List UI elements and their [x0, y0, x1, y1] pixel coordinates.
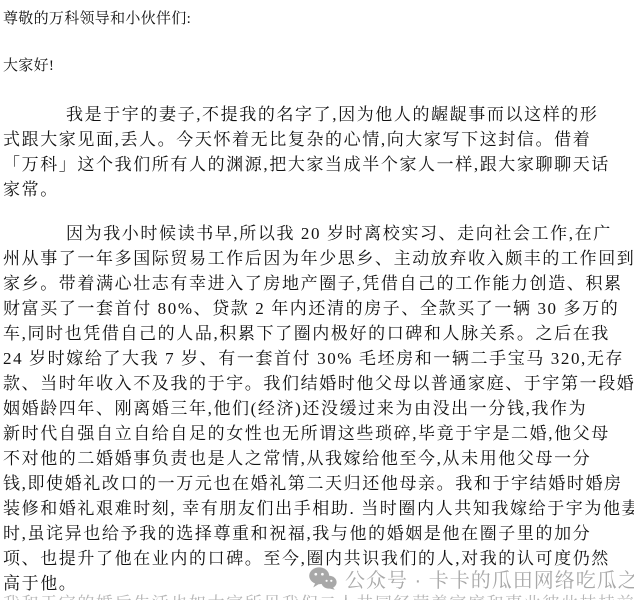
letter-line: 新时代自强自立自给自足的女性也无所谓这些琐碎,毕竟于宇是二婚,他父母 — [3, 421, 634, 446]
watermark: 公众号 · 卡卡的瓜田网络吃瓜之家 — [309, 564, 634, 593]
salutation-line: 尊敬的万科领导和小伙伴们: — [3, 9, 634, 29]
letter-line: 州从事了一年多国际贸易工作后因为年少思乡、主动放弃收入颇丰的工作回到 — [3, 246, 634, 271]
wechat-logo-icon — [309, 567, 337, 590]
letter-line: 钱,即使婚礼改口的一万元也在婚礼第二天归还他母亲。我和于宇结婚时婚房 — [3, 471, 634, 496]
letter-line: 车,同时也凭借自己的人品,积累下了圈内极好的口碑和人脉关系。之后在我 — [3, 321, 634, 346]
letter-line: 我是于宇的妻子,不提我的名字了,因为他人的龌龊事而以这样的形 — [3, 102, 634, 127]
letter-line: 财富买了一套首付 80%、贷款 2 年内还清的房子、全款买了一辆 30 多万的 — [3, 296, 634, 321]
letter-line: 款、当时年收入不及我的于宇。我们结婚时他父母以普通家庭、于宇第一段婚 — [3, 371, 634, 396]
letter-document: 尊敬的万科领导和小伙伴们: 大家好! 我是于宇的妻子,不提我的名字了,因为他人的… — [0, 0, 634, 600]
letter-line: 家乡。带着满心壮志有幸进入了房地产圈子,凭借自己的工作能力创造、积累 — [3, 271, 634, 296]
letter-line: 式跟大家见面,丢人。今天怀着无比复杂的心情,向大家写下这封信。借着 — [3, 127, 634, 152]
letter-line: 装修和婚礼艰难时刻, 幸有朋友们出手相助. 当时圈内人共知我嫁给于宇为他妻 — [3, 496, 634, 521]
letter-line: 时,虽诧异也给予我的选择尊重和祝福,我与他的婚姻是他在圈子里的加分 — [3, 521, 634, 546]
watermark-label: 公众号 · 卡卡的瓜田网络吃瓜之家 — [345, 564, 634, 593]
letter-line: 姻婚龄四年、刚离婚三年,他们(经济)还没缓过来为由没出一分钱,我作为 — [3, 396, 634, 421]
paragraph-1: 我是于宇的妻子,不提我的名字了,因为他人的龌龊事而以这样的形 式跟大家见面,丢人… — [3, 102, 634, 202]
paragraph-2: 因为我小时候读书早,所以我 20 岁时离校实习、走向社会工作,在广 州从事了一年… — [3, 221, 634, 596]
greeting-line: 大家好! — [3, 56, 634, 76]
letter-line: 不对他的二婚婚事负责也是人之常情,从我嫁给他至今,从未用他父母一分 — [3, 446, 634, 471]
letter-line: 家常。 — [3, 177, 634, 202]
letter-line: 因为我小时候读书早,所以我 20 岁时离校实习、走向社会工作,在广 — [3, 221, 634, 246]
letter-line: 「万科」这个我们所有人的渊源,把大家当成半个家人一样,跟大家聊聊天话 — [3, 152, 634, 177]
cutoff-text-line: 我和于宇的婚后生活也如大家所见我们二人共同经营着家庭和事业彼此扶持前 — [3, 593, 634, 600]
letter-line: 24 岁时嫁给了大我 7 岁、有一套首付 30% 毛坯房和一辆二手宝马 320,… — [3, 346, 634, 371]
